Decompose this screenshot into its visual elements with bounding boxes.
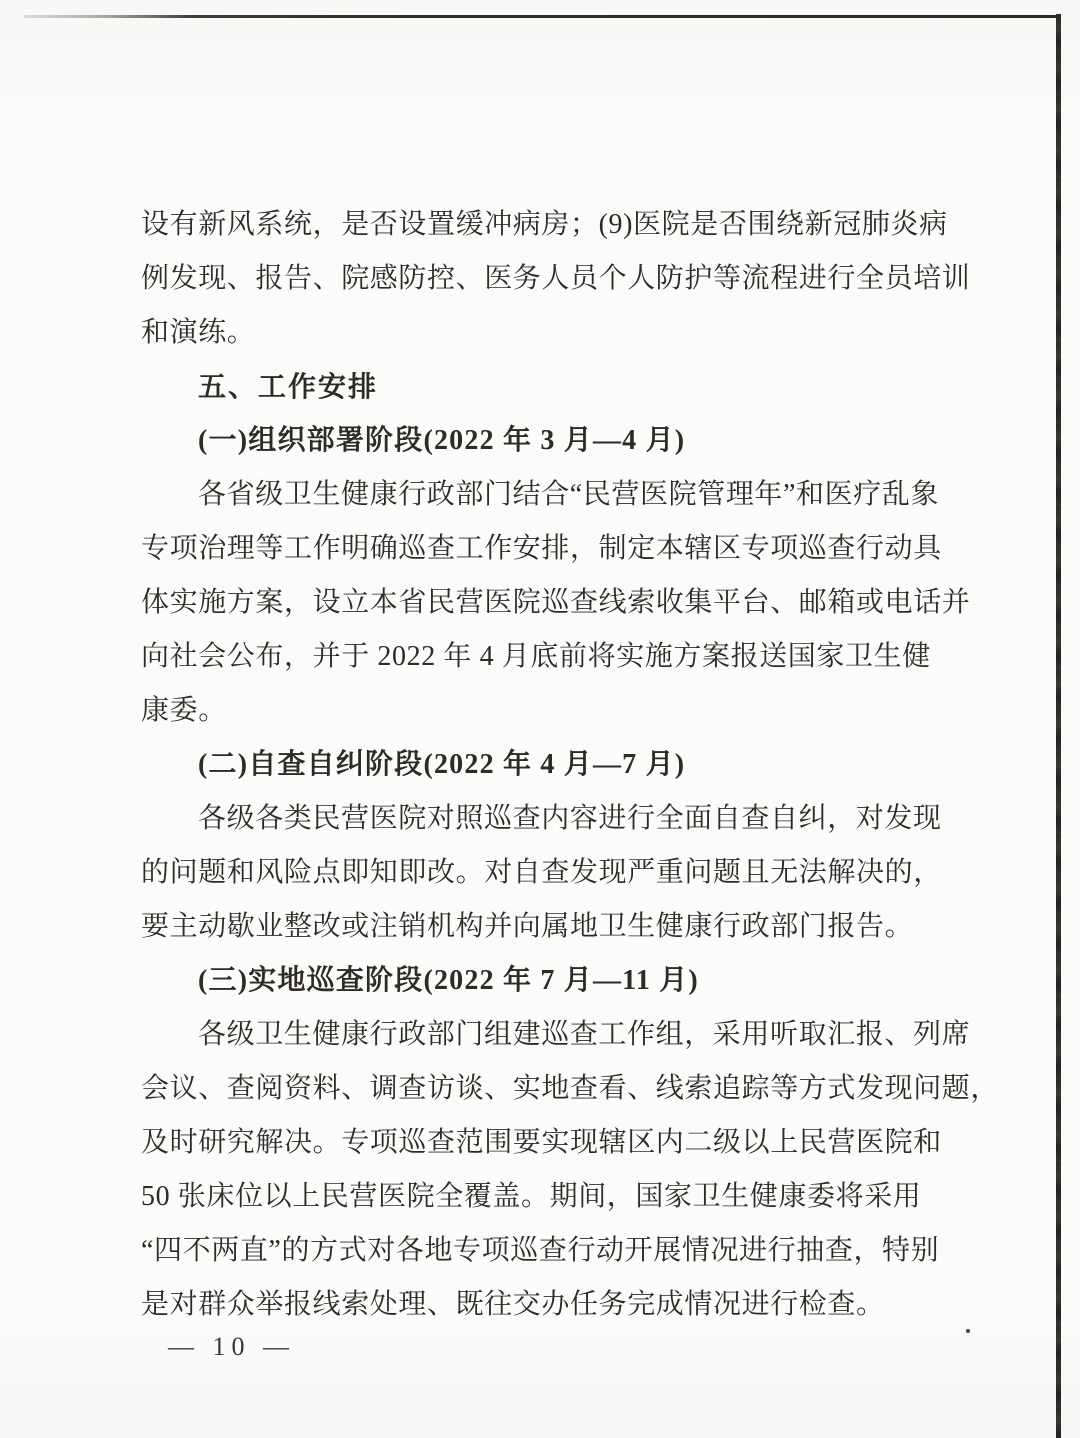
text-line: 例发现、报告、院感防控、医务人员个人防护等流程进行全员培训 <box>141 252 941 306</box>
text-line: 体实施方案，设立本省民营医院巡查线索收集平台、邮箱或电话并 <box>141 576 941 630</box>
text-line: 50 张床位以上民营医院全覆盖。期间，国家卫生健康委将采用 <box>141 1170 941 1224</box>
text-line: 和演练。 <box>141 306 941 360</box>
document-body: 设有新风系统，是否设置缓冲病房；(9)医院是否围绕新冠肺炎病例发现、报告、院感防… <box>141 198 941 1332</box>
right-border-rule <box>1056 14 1061 1438</box>
subsection-heading: (二)自查自纠阶段(2022 年 4 月—7 月) <box>141 738 941 792</box>
document-page: 设有新风系统，是否设置缓冲病房；(9)医院是否围绕新冠肺炎病例发现、报告、院感防… <box>0 0 1080 1438</box>
ink-speck <box>966 1329 970 1333</box>
text-line: 各级各类民营医院对照巡查内容进行全面自查自纠，对发现 <box>141 792 941 846</box>
text-line: 康委。 <box>141 684 941 738</box>
text-line: “四不两直”的方式对各地专项巡查行动开展情况进行抽查，特别 <box>141 1224 941 1278</box>
text-line: 会议、查阅资料、调查访谈、实地查看、线索追踪等方式发现问题， <box>141 1062 941 1116</box>
text-line: 专项治理等工作明确巡查工作安排，制定本辖区专项巡查行动具 <box>141 522 941 576</box>
subsection-heading: (一)组织部署阶段(2022 年 3 月—4 月) <box>141 414 941 468</box>
text-line: 是对群众举报线索处理、既往交办任务完成情况进行检查。 <box>141 1278 941 1332</box>
page-number: — 10 — <box>168 1332 295 1362</box>
text-line: 及时研究解决。专项巡查范围要实现辖区内二级以上民营医院和 <box>141 1116 941 1170</box>
text-line: 向社会公布，并于 2022 年 4 月底前将实施方案报送国家卫生健 <box>141 630 941 684</box>
text-line: 各省级卫生健康行政部门结合“民营医院管理年”和医疗乱象 <box>141 468 941 522</box>
text-line: 各级卫生健康行政部门组建巡查工作组，采用听取汇报、列席 <box>141 1008 941 1062</box>
top-border-rule <box>24 15 1060 18</box>
section-heading: 五、工作安排 <box>141 360 941 414</box>
text-line: 的问题和风险点即知即改。对自查发现严重问题且无法解决的， <box>141 846 941 900</box>
text-line: 设有新风系统，是否设置缓冲病房；(9)医院是否围绕新冠肺炎病 <box>141 198 941 252</box>
subsection-heading: (三)实地巡查阶段(2022 年 7 月—11 月) <box>141 954 941 1008</box>
text-line: 要主动歇业整改或注销机构并向属地卫生健康行政部门报告。 <box>141 900 941 954</box>
